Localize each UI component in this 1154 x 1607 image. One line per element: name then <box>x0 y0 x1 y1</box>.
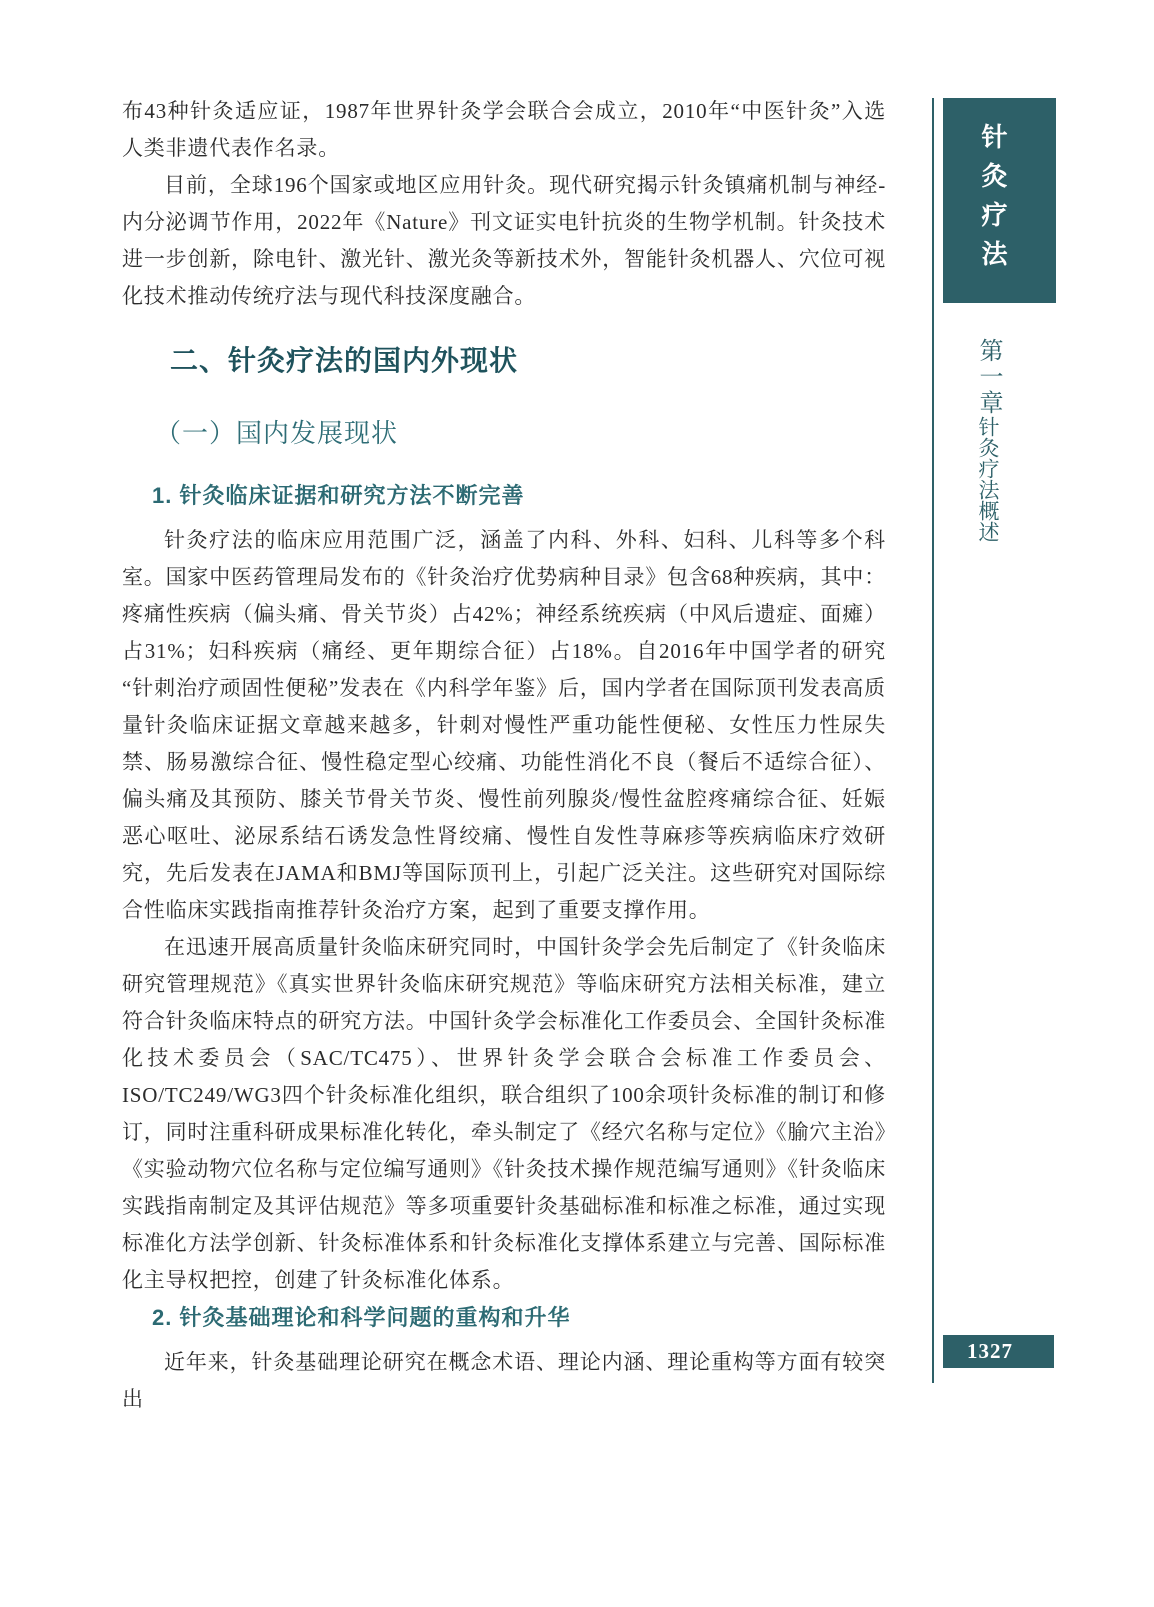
body-paragraph-standards: 在迅速开展高质量针灸临床研究同时，中国针灸学会先后制定了《针灸临床研究管理规范》… <box>122 929 886 1299</box>
body-paragraph-continuation: 布43种针灸适应证，1987年世界针灸学会联合会成立，2010年“中医针灸”入选… <box>122 93 886 167</box>
body-paragraph-theory: 近年来，针灸基础理论研究在概念术语、理论内涵、理论重构等方面有较突出 <box>122 1344 886 1418</box>
chapter-number-vertical: 第一章 <box>971 338 1006 416</box>
body-paragraph-overview: 目前，全球196个国家或地区应用针灸。现代研究揭示针灸镇痛机制与神经-内分泌调节… <box>122 167 886 315</box>
section-heading: 二、针灸疗法的国内外现状 <box>170 343 886 381</box>
book-page: 布43种针灸适应证，1987年世界针灸学会联合会成立，2010年“中医针灸”入选… <box>0 0 1154 1607</box>
body-paragraph-clinical-evidence: 针灸疗法的临床应用范围广泛，涵盖了内科、外科、妇科、儿科等多个科室。国家中医药管… <box>122 522 886 929</box>
chapter-tab: 针灸疗法 <box>943 98 1056 303</box>
topic-heading-2: 2. 针灸基础理论和科学问题的重构和升华 <box>152 1299 886 1336</box>
chapter-title-vertical: 针灸疗法概述 <box>973 416 1003 542</box>
main-text-column: 布43种针灸适应证，1987年世界针灸学会联合会成立，2010年“中医针灸”入选… <box>122 93 886 1418</box>
subsection-heading: （一）国内发展现状 <box>155 415 886 451</box>
page-number-badge: 1327 <box>943 1335 1054 1368</box>
chapter-tab-label: 针灸疗法 <box>975 123 1012 279</box>
sidebar-divider-rule <box>932 98 934 1383</box>
topic-heading-1: 1. 针灸临床证据和研究方法不断完善 <box>152 477 886 514</box>
